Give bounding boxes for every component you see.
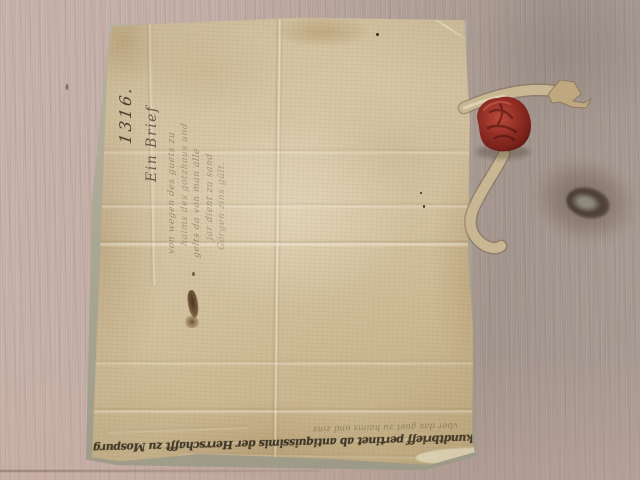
ink-blot-stain [186,289,201,318]
horizontal-fold-crease [88,202,478,209]
ink-dot [192,272,195,276]
horizontal-fold-crease [88,359,478,366]
ink-splash-stain [185,316,199,328]
horizontal-fold-crease [88,148,478,155]
upside-down-endorsement: Urkundtbrieff pertinet ab antiquissimis … [126,409,489,454]
handwritten-faint-line: von wegen des guets zu [166,61,179,263]
dark-speck [376,33,379,36]
wax-seal-assembly [440,70,610,270]
rotated-handwritten-note: 1316. Ein Brief von wegen des guets zu h… [113,62,231,262]
vertical-fold-crease [271,16,284,468]
photo-of-parchment-document: 1316. Ein Brief von wegen des guets zu h… [0,0,640,480]
handwritten-faint-line: gelts da von man alle [191,61,204,263]
endorsement-faint-line: vber das guet zu haims und zins [126,418,488,439]
handwritten-date: 1316. [113,60,139,264]
handwritten-title-line: Ein Brief [139,62,166,262]
dark-speck [423,205,425,208]
horizontal-fold-crease [88,407,478,414]
vertical-fold-crease-left [146,24,157,286]
endorsement-script-line: Urkundtbrieff pertinet ab antiquissimis … [126,430,488,454]
horizontal-fold-crease [88,240,478,247]
bottom-wrinkle [118,437,418,446]
handwritten-faint-line: Görgen zins gült. [216,61,229,263]
dark-speck [420,192,422,194]
red-wax-seal [477,97,531,152]
handwritten-faint-line: haims des gotzhaus und [179,61,192,263]
parchment-document: 1316. Ein Brief von wegen des guets zu h… [88,16,478,468]
wood-grain-fleck [66,84,68,90]
wood-plank-seam [0,470,320,472]
bottom-wrinkle [108,426,248,434]
handwritten-faint-line: jar dient zu sand [204,61,217,263]
